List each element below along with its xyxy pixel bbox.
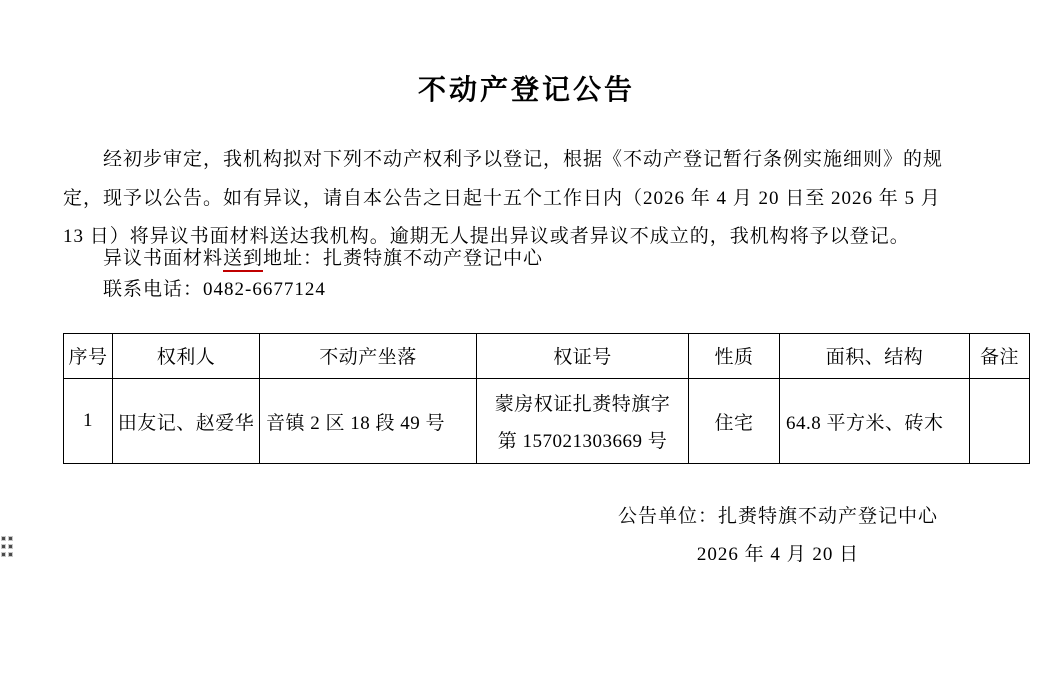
cell-owner: 田友记、赵爱华 [113, 379, 260, 464]
page-title: 不动产登记公告 [0, 68, 1053, 108]
header-nature: 性质 [689, 334, 780, 379]
header-remark: 备注 [970, 334, 1030, 379]
cert-no-line-2: 第 157021303669 号 [477, 426, 688, 453]
header-area-structure: 面积、结构 [780, 334, 970, 379]
drag-handle-dot [2, 553, 5, 556]
drag-handle-dot [2, 537, 5, 540]
spellcheck-underlined-text: 送到 [223, 248, 263, 272]
drag-handle-dot [2, 545, 5, 548]
drag-handle-dot [9, 545, 12, 548]
table-row: 1 田友记、赵爱华 音镇 2 区 18 段 49 号 蒙房权证扎赉特旗字 第 1… [64, 379, 1030, 464]
address-suffix: 地址：扎赉特旗不动产登记中心 [263, 248, 543, 269]
cell-location: 音镇 2 区 18 段 49 号 [260, 379, 477, 464]
drag-handle-dot [9, 537, 12, 540]
cell-nature: 住宅 [689, 379, 780, 464]
drag-handle-icon[interactable] [2, 537, 12, 556]
body-paragraph: 经初步审定，我机构拟对下列不动产权利予以登记，根据《不动产登记暂行条例实施细则》… [63, 141, 993, 257]
phone-line: 联系电话：0482-6677124 [63, 274, 993, 305]
paragraph-line-2: 定，现予以公告。如有异议，请自本公告之日起十五个工作日内（2026 年 4 月 … [63, 180, 993, 219]
cell-seq: 1 [64, 379, 113, 464]
document-page: 不动产登记公告 经初步审定，我机构拟对下列不动产权利予以登记，根据《不动产登记暂… [0, 0, 1053, 673]
drag-handle-dot [9, 553, 12, 556]
announcing-unit-line: 公告单位：扎赉特旗不动产登记中心 [598, 498, 958, 536]
table-header-row: 序号 权利人 不动产坐落 权证号 性质 面积、结构 备注 [64, 334, 1030, 379]
cell-remark [970, 379, 1030, 464]
cell-cert-no: 蒙房权证扎赉特旗字 第 157021303669 号 [477, 379, 689, 464]
cert-no-line-1: 蒙房权证扎赉特旗字 [477, 389, 688, 416]
header-location: 不动产坐落 [260, 334, 477, 379]
registration-table: 序号 权利人 不动产坐落 权证号 性质 面积、结构 备注 1 田友记、赵爱华 音… [63, 333, 1030, 464]
header-seq: 序号 [64, 334, 113, 379]
header-owner: 权利人 [113, 334, 260, 379]
address-line: 异议书面材料送到地址：扎赉特旗不动产登记中心 [63, 243, 993, 274]
cell-area-structure: 64.8 平方米、砖木 [780, 379, 970, 464]
announcement-date-line: 2026 年 4 月 20 日 [598, 536, 958, 574]
paragraph-line-1: 经初步审定，我机构拟对下列不动产权利予以登记，根据《不动产登记暂行条例实施细则》… [63, 141, 993, 180]
address-prefix: 异议书面材料 [103, 248, 223, 269]
signature-block: 公告单位：扎赉特旗不动产登记中心 2026 年 4 月 20 日 [598, 498, 958, 574]
header-cert-no: 权证号 [477, 334, 689, 379]
